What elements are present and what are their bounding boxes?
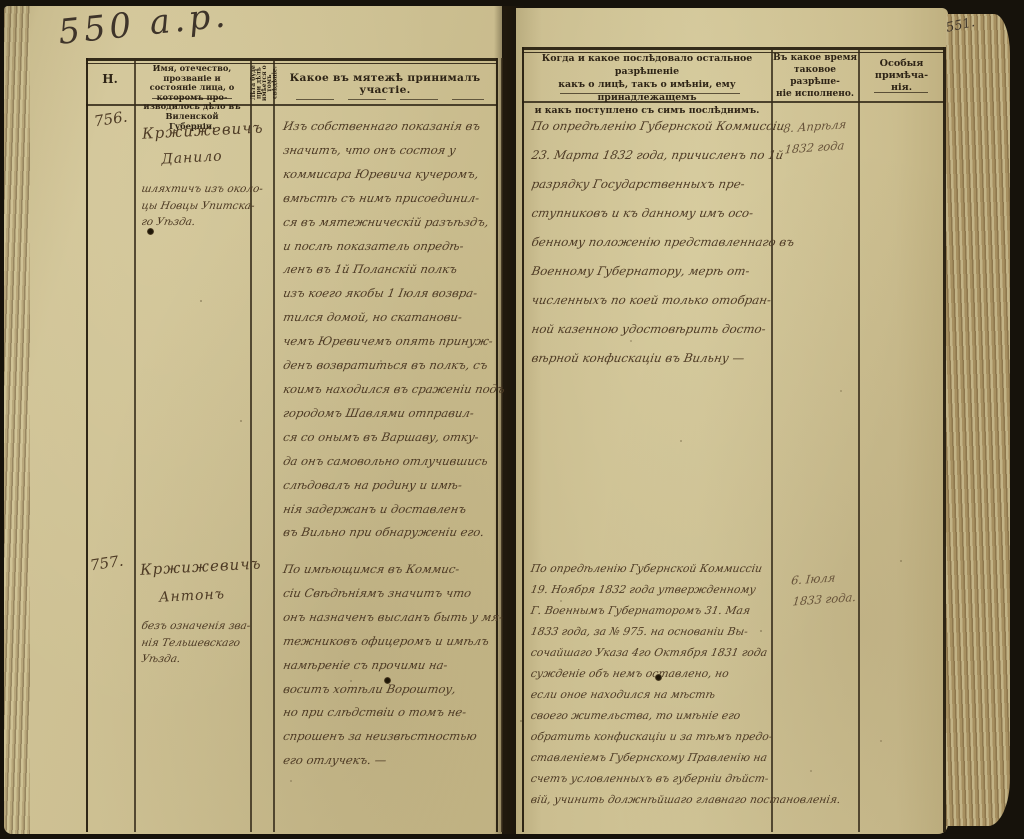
text-line: если оное находился на мѣстѣ xyxy=(529,684,775,705)
header-underline xyxy=(296,99,484,100)
text-line: 19. Ноября 1832 года утвержденному xyxy=(529,579,775,600)
table-rule xyxy=(273,58,275,832)
text-line: да онъ самовольно отлучившись xyxy=(281,450,498,474)
text-line: По имѣющимся въ Коммис- xyxy=(281,558,498,582)
text-line: счетъ условленныхъ въ губерніи дѣйст- xyxy=(529,768,775,789)
table-rule xyxy=(86,58,88,832)
header-cell-age: Лѣта буде при дѣлѣ имѣется о томъ свѣдѣн… xyxy=(251,61,272,105)
header-cell-number: Н. xyxy=(86,72,134,86)
text-line: Когда и какое послѣдовало остальное разр… xyxy=(524,52,770,78)
text-line: вій, учинить должнѣйшаго главнаго постан… xyxy=(529,789,775,810)
text-line: 1833 года, за № 975. на основаніи Вы- xyxy=(529,621,775,642)
text-line: денъ возвратиться въ полкъ, съ xyxy=(281,354,498,378)
text-line: чемъ Юревичемъ опять принуж- xyxy=(281,330,498,354)
text-line: но при слѣдствіи о томъ не- xyxy=(281,701,498,725)
text-line: онъ назначенъ высланъ быть у мя- xyxy=(281,606,498,630)
text-line: безъ означенія зва- xyxy=(140,618,251,635)
text-line: изъ коего якобы 1 Іюля возвра- xyxy=(281,282,498,306)
text-line: ставленіемъ Губернскому Правленію на xyxy=(529,747,775,768)
text-line: По опредѣленію Губернской Коммиссіи xyxy=(529,112,774,141)
ledger-scan: 550 а.р. 551. Н. Имя, отечество, прозван… xyxy=(0,0,1024,839)
left-page-edge-stack xyxy=(4,6,30,834)
text-line: сужденіе объ немъ оставлено, но xyxy=(529,663,775,684)
text-line: Имя, отечество, прозваніе и xyxy=(136,64,248,83)
table-rule xyxy=(501,58,503,832)
text-line: ся со онымъ въ Варшаву, отку- xyxy=(281,426,498,450)
text-line: слѣдовалъ на родину и имѣ- xyxy=(281,474,498,498)
entry-name-detail: безъ означенія зва-нія ТельшевскагоУѣзда… xyxy=(140,618,248,668)
table-rule xyxy=(943,47,946,832)
text-line: вѣрной конфискаціи въ Вильну — xyxy=(529,344,774,373)
right-page-edge-stack xyxy=(946,14,1010,826)
text-line: своего жительства, то имѣніе его xyxy=(529,705,775,726)
entry-participation-text: По имѣющимся въ Коммис-сіи Свѣдѣніямъ зн… xyxy=(281,558,494,773)
header-cell-time: Въ какое времятаковое разрѣше-ніе исполн… xyxy=(772,52,858,100)
table-rule xyxy=(858,47,860,832)
text-line: По опредѣленію Губернской Коммиссіи xyxy=(529,558,775,579)
text-line: спрошенъ за неизвѣстностью xyxy=(281,725,498,749)
entry-time-text: 6. Іюля1833 года. xyxy=(789,565,866,612)
text-line: Изъ собственнаго показанія въ xyxy=(281,115,498,139)
header-cell-notes: Особыя примѣча-нія. xyxy=(860,58,943,94)
text-line: состояніе лица, о которомъ про- xyxy=(136,83,248,102)
text-line: ніе исполнено. xyxy=(772,88,858,100)
worm-hole xyxy=(147,228,154,235)
text-line: шляхтичъ изъ около- xyxy=(140,181,251,198)
text-line: тился домой, но скатанови- xyxy=(281,306,498,330)
text-line: Военному Губернатору, мерѣ от- xyxy=(529,257,774,286)
entry-time-text: 8. Апрѣля1832 года xyxy=(781,113,858,160)
paper-speckles xyxy=(200,300,202,302)
text-line: значитъ, что онъ состоя у xyxy=(281,139,498,163)
table-rule xyxy=(250,58,252,832)
text-line: въ Вильно при обнаруженіи его. xyxy=(281,521,498,545)
text-line: Уѣзда. xyxy=(140,651,251,668)
header-cell-participation: Какое въ мятежѣ принималъ участіе. xyxy=(276,72,494,96)
text-line: коимъ находился въ сраженіи подъ xyxy=(281,378,498,402)
text-line: го Уѣзда. xyxy=(140,214,251,231)
text-line: нія. xyxy=(860,82,943,94)
text-line: численныхъ по коей только отобран- xyxy=(529,286,774,315)
text-line: разрядку Государственныхъ пре- xyxy=(529,170,774,199)
text-line: Г. Военнымъ Губернаторомъ 31. Мая xyxy=(529,600,775,621)
text-line: Въ какое время xyxy=(772,52,858,64)
text-line: коммисара Юревича кучеромъ, xyxy=(281,163,498,187)
text-line: тежниковъ офицеромъ и имѣлъ xyxy=(281,630,498,654)
text-line: нія задержанъ и доставленъ xyxy=(281,498,498,522)
worm-hole xyxy=(384,677,391,684)
text-line: ной казенною удостовѣрить досто- xyxy=(529,315,774,344)
text-line: ступниковъ и къ данному имъ осо- xyxy=(529,199,774,228)
text-line: ся въ мятежническій разъѣздъ, xyxy=(281,211,498,235)
text-line: изводилось дѣло въ Виленской xyxy=(136,102,248,121)
text-line: вмѣстѣ съ нимъ присоединил- xyxy=(281,187,498,211)
entry-participation-text: Изъ собственнаго показанія възначитъ, чт… xyxy=(281,115,494,545)
table-rule xyxy=(134,58,136,832)
text-line: его отлучекъ. — xyxy=(281,749,498,773)
text-line: Особыя примѣча- xyxy=(860,58,943,82)
entry-resolution-text: По опредѣленію Губернской Коммиссіи19. Н… xyxy=(529,558,771,810)
text-line: сіи Свѣдѣніямъ значитъ что xyxy=(281,582,498,606)
table-rule xyxy=(496,58,498,832)
worm-hole xyxy=(655,674,662,681)
text-line: намѣреніе съ прочими на- xyxy=(281,654,498,678)
header-cell-resolution: Когда и какое послѣдовало остальное разр… xyxy=(524,52,770,117)
text-line: обратить конфискаціи и за тѣмъ предо- xyxy=(529,726,775,747)
text-line: цы Новцы Упитска- xyxy=(140,198,251,215)
text-line: какъ о лицѣ, такъ о имѣніи, ему принадле… xyxy=(524,78,770,104)
text-line: ленъ въ 1й Поланскій полкъ xyxy=(281,258,498,282)
text-line: бенному положенію представленнаго въ xyxy=(529,228,774,257)
table-rule xyxy=(522,47,524,832)
text-line: таковое разрѣше- xyxy=(772,64,858,88)
text-line: сочайшаго Указа 4го Октября 1831 года xyxy=(529,642,775,663)
entry-resolution-text: По опредѣленію Губернской Коммиссіи23. М… xyxy=(529,112,769,373)
entry-name-detail: шляхтичъ изъ около-цы Новцы Упитска-го У… xyxy=(140,181,248,231)
text-line: и послѣ показатель опредѣ- xyxy=(281,235,498,259)
text-line: городомъ Шавлями отправил- xyxy=(281,402,498,426)
text-line: 23. Марта 1832 года, причисленъ по 1й xyxy=(529,141,774,170)
text-line: нія Тельшевскаго xyxy=(140,635,251,652)
